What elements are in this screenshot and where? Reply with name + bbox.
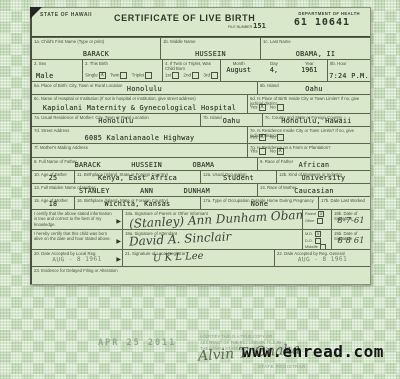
hour-value: 7:24 P.M. xyxy=(328,72,370,80)
yes-checkbox: X xyxy=(259,134,266,141)
field-date-last-worked: 17b. Date Last Worked xyxy=(318,197,370,209)
md-option: M.D. xyxy=(305,232,313,236)
residence-island-value: Oahu xyxy=(201,117,262,125)
last-name-value: OBAMA, II xyxy=(261,50,370,58)
field-birth-city-limits: 6d. Is Place of Birth Inside City or Tow… xyxy=(247,95,370,113)
first-born-checkbox xyxy=(172,72,179,79)
department-name: DEPARTMENT OF HEALTH xyxy=(298,11,360,16)
field-middle-name: 1b. Middle Name HUSSEIN xyxy=(160,38,260,59)
field-last-name: 1c. Last Name OBAMA, II xyxy=(260,38,370,59)
field-street-address: 7d. Street Address 6085 Kalanianaole Hig… xyxy=(32,127,247,143)
field-hospital: 6c. Name of Hospital or Institution (If … xyxy=(32,95,247,113)
mother-occupation-value: None xyxy=(201,200,318,208)
parent-checkbox: X xyxy=(318,211,324,217)
field-county-state: 7c. County and State or Foreign Country … xyxy=(262,114,370,126)
mother-race-value: Caucasian xyxy=(258,187,370,195)
parent-signature-date-value: 8-7-61 xyxy=(332,216,370,226)
third-born-checkbox xyxy=(211,72,218,79)
middle-name-value: HUSSEIN xyxy=(161,50,260,58)
field-hour: 5b. Hour 7:24 P.M. xyxy=(327,60,370,81)
field-attendant-signature-date: 19b. Date of Signature 8 8 61 xyxy=(331,230,370,249)
field-twin-order: 4. If Twin or Triplet, Was Child Born 1s… xyxy=(162,60,220,81)
triplet-checkbox xyxy=(145,72,152,79)
field-mother-age: 15. Age of Mother 18 xyxy=(32,197,74,209)
island-value: Oahu xyxy=(258,85,370,93)
field-mother-name: 13. Full Maiden Name of Mother STANLEY A… xyxy=(32,184,257,196)
arrow-icon: ▶ xyxy=(116,256,121,263)
scanned-birth-certificate: STATE OF HAWAII CERTIFICATE OF LIVE BIRT… xyxy=(0,0,400,379)
father-occupation-value: Student xyxy=(201,174,276,182)
field-island: 6b. Island Oahu xyxy=(257,82,370,94)
field-attendant-signature: 19a. Signature of Attendant David A. Sin… xyxy=(122,230,302,249)
state-registrar-title: STATE REGISTRAR xyxy=(258,364,306,369)
row-attendant-signature: I hereby certify that this child was bor… xyxy=(32,229,370,249)
field-father-occupation: 12a. Usual Occupation Student xyxy=(200,171,276,183)
no-checkbox xyxy=(277,104,284,111)
field-father-name: 8. Full Name of Father BARACK HUSSEIN OB… xyxy=(32,158,257,170)
row-registrar-acceptance: 20. Date Accepted by Local Reg. AUG - 8 … xyxy=(32,249,370,266)
field-father-age: 10. Age of Father 25 xyxy=(32,171,74,183)
local-registrar-signature-value: U K L Lee xyxy=(153,251,204,265)
row-child-name: 1a. Child's First Name (Type or print) B… xyxy=(32,37,370,59)
certificate-number: 61 10641 xyxy=(294,17,350,28)
arrow-icon: ▶ xyxy=(116,218,121,225)
hospital-value: Kapiolani Maternity & Gynecological Hosp… xyxy=(32,104,247,112)
father-age-value: 25 xyxy=(32,174,74,182)
attendant-signature-date-value: 8 8 61 xyxy=(332,236,370,246)
state-name: STATE OF HAWAII xyxy=(40,12,92,18)
row-parent-signature: I certify that the above stated informat… xyxy=(32,209,370,229)
yes-checkbox: X xyxy=(259,104,266,111)
other-checkbox xyxy=(317,218,323,224)
mother-name-value: STANLEY ANN DUNHAM xyxy=(32,187,257,195)
father-race-value: African xyxy=(258,161,370,169)
single-option: Single xyxy=(85,73,98,78)
street-address-value: 6085 Kalanianaole Highway xyxy=(32,134,247,142)
second-born-checkbox xyxy=(192,72,199,79)
father-birthplace-value: Kenya, East Africa xyxy=(75,174,200,182)
row-mother-details: 15. Age of Mother 18 16. Birthplace (Isl… xyxy=(32,196,370,209)
attendant-type-checkboxes: M.D.X D.O. Midwife Other xyxy=(302,230,331,249)
field-place-of-birth: 6a. Place of Birth: City, Town or Rural … xyxy=(32,82,257,94)
first-born-option: 1st xyxy=(165,73,171,78)
do-checkbox xyxy=(315,238,321,244)
twin-option: Twin xyxy=(110,73,119,78)
informant-type-checkboxes: ParentX Other xyxy=(302,210,331,229)
field-date-accepted-local: 20. Date Accepted by Local Reg. AUG - 8 … xyxy=(32,250,122,266)
mother-age-value: 18 xyxy=(32,200,74,208)
field-residence-city-limits: 7e. Is Residence Inside City or Town Lim… xyxy=(247,127,370,143)
row-sex-birthdate: 2. Sex Male 3. This Birth SingleX Twin T… xyxy=(32,59,370,81)
field-first-name: 1a. Child's First Name (Type or print) B… xyxy=(32,38,160,59)
site-watermark: www.enread.com xyxy=(242,342,384,361)
first-name-value: BARACK xyxy=(32,50,160,58)
arrow-icon: ▶ xyxy=(116,238,121,245)
field-mother-birthplace: 16. Birthplace (Island, State or Foreign… xyxy=(74,197,200,209)
general-accept-date-stamp: AUG - 8 1961 xyxy=(275,255,370,264)
field-parent-signature-date: 18b. Date of Signature 8-7-61 xyxy=(331,210,370,229)
file-number-prefix: 151 xyxy=(253,22,266,30)
row-residence: 7a. Usual Residence of Mother: City, Tow… xyxy=(32,113,370,126)
field-father-birthplace: 11. Birthplace (Island, State or Foreign… xyxy=(74,171,200,183)
received-date-stamp: APR 25 2011 xyxy=(98,338,176,348)
no-option: No xyxy=(270,135,276,140)
row-father: 8. Full Name of Father BARACK HUSSEIN OB… xyxy=(32,157,370,170)
field-mother-occupation: 17a. Type of Occupation Outside Home Dur… xyxy=(200,197,318,209)
corner-fold xyxy=(30,7,42,19)
residence-city-value: Honolulu xyxy=(32,117,200,125)
field-date-accepted-general: 22. Date Accepted by Reg. General AUG - … xyxy=(274,250,370,266)
father-name-value: BARACK HUSSEIN OBAMA xyxy=(32,161,257,169)
field-mother-race: 14. Race of Mother Caucasian xyxy=(257,184,370,196)
certificate-form: STATE OF HAWAII CERTIFICATE OF LIVE BIRT… xyxy=(30,7,371,285)
field-father-industry: 12b. Kind of Business or Industry Univer… xyxy=(276,171,370,183)
midwife-option: Midwife xyxy=(305,245,318,249)
yes-option: Yes xyxy=(250,135,258,140)
row-delayed-filing: 23. Evidence for Delayed Filing or Alter… xyxy=(32,266,370,287)
twin-checkbox xyxy=(120,72,127,79)
no-checkbox: X xyxy=(277,148,284,155)
birth-month-value: August xyxy=(221,66,256,74)
field-father-race: 9. Race of Father African xyxy=(257,158,370,170)
yes-checkbox xyxy=(259,148,266,155)
sex-value: Male xyxy=(32,72,82,80)
field-delayed-filing: 23. Evidence for Delayed Filing or Alter… xyxy=(32,267,370,287)
parent-option: Parent xyxy=(305,212,316,216)
no-option: No xyxy=(270,105,276,110)
row-father-details: 10. Age of Father 25 11. Birthplace (Isl… xyxy=(32,170,370,183)
field-birth-date: Month August Day 4, Year 1961 xyxy=(220,60,327,81)
file-number-label: FILE NUMBER xyxy=(228,25,252,29)
do-option: D.O. xyxy=(305,239,313,243)
no-option: No xyxy=(270,149,276,154)
field-local-registrar-signature: 21. Signature of Local Registrar U K L L… xyxy=(122,250,274,266)
field-mailing-address: 7f. Mother's Mailing Address xyxy=(32,144,247,157)
birth-day-value: 4, xyxy=(256,66,291,74)
other-option: Other xyxy=(305,219,315,223)
county-state-value: Honolulu, Hawaii xyxy=(263,117,370,125)
third-born-option: 3rd xyxy=(203,73,210,78)
midwife-checkbox xyxy=(320,244,326,249)
field-sex: 2. Sex Male xyxy=(32,60,82,81)
row-place-of-birth: 6a. Place of Birth: City, Town or Rural … xyxy=(32,81,370,94)
file-number-block: FILE NUMBER 151 xyxy=(228,22,266,30)
field-this-birth: 3. This Birth SingleX Twin Triplet xyxy=(82,60,162,81)
attendant-certify-statement: I hereby certify that this child was bor… xyxy=(32,230,122,249)
form-header: STATE OF HAWAII CERTIFICATE OF LIVE BIRT… xyxy=(32,8,370,37)
birth-year-value: 1961 xyxy=(292,66,327,74)
field-parent-signature: 18a. Signature of Parent or Other Inform… xyxy=(122,210,302,229)
local-accept-date-stamp: AUG - 8 1961 xyxy=(32,255,122,264)
second-born-option: 2nd xyxy=(183,73,191,78)
yes-option: Yes xyxy=(250,105,258,110)
md-checkbox: X xyxy=(315,231,321,237)
father-industry-value: University xyxy=(277,174,370,182)
row-mother: 13. Full Maiden Name of Mother STANLEY A… xyxy=(32,183,370,196)
parent-certify-statement: I certify that the above stated informat… xyxy=(32,210,122,229)
field-farm-plantation: 7g. Is Residence on a Farm or Plantation… xyxy=(247,144,370,157)
yes-option: Yes xyxy=(250,149,258,154)
no-checkbox xyxy=(277,134,284,141)
mother-birthplace-value: Wichita, Kansas xyxy=(75,200,200,208)
triplet-option: Triplet xyxy=(132,73,145,78)
row-street-address: 7d. Street Address 6085 Kalanianaole Hig… xyxy=(32,126,370,143)
single-checkbox: X xyxy=(99,72,106,79)
row-hospital: 6c. Name of Hospital or Institution (If … xyxy=(32,94,370,113)
place-of-birth-value: Honolulu xyxy=(32,85,257,93)
field-residence-island: 7b. Island Oahu xyxy=(200,114,262,126)
row-mailing-address: 7f. Mother's Mailing Address 7g. Is Resi… xyxy=(32,143,370,157)
field-residence-city: 7a. Usual Residence of Mother: City, Tow… xyxy=(32,114,200,126)
